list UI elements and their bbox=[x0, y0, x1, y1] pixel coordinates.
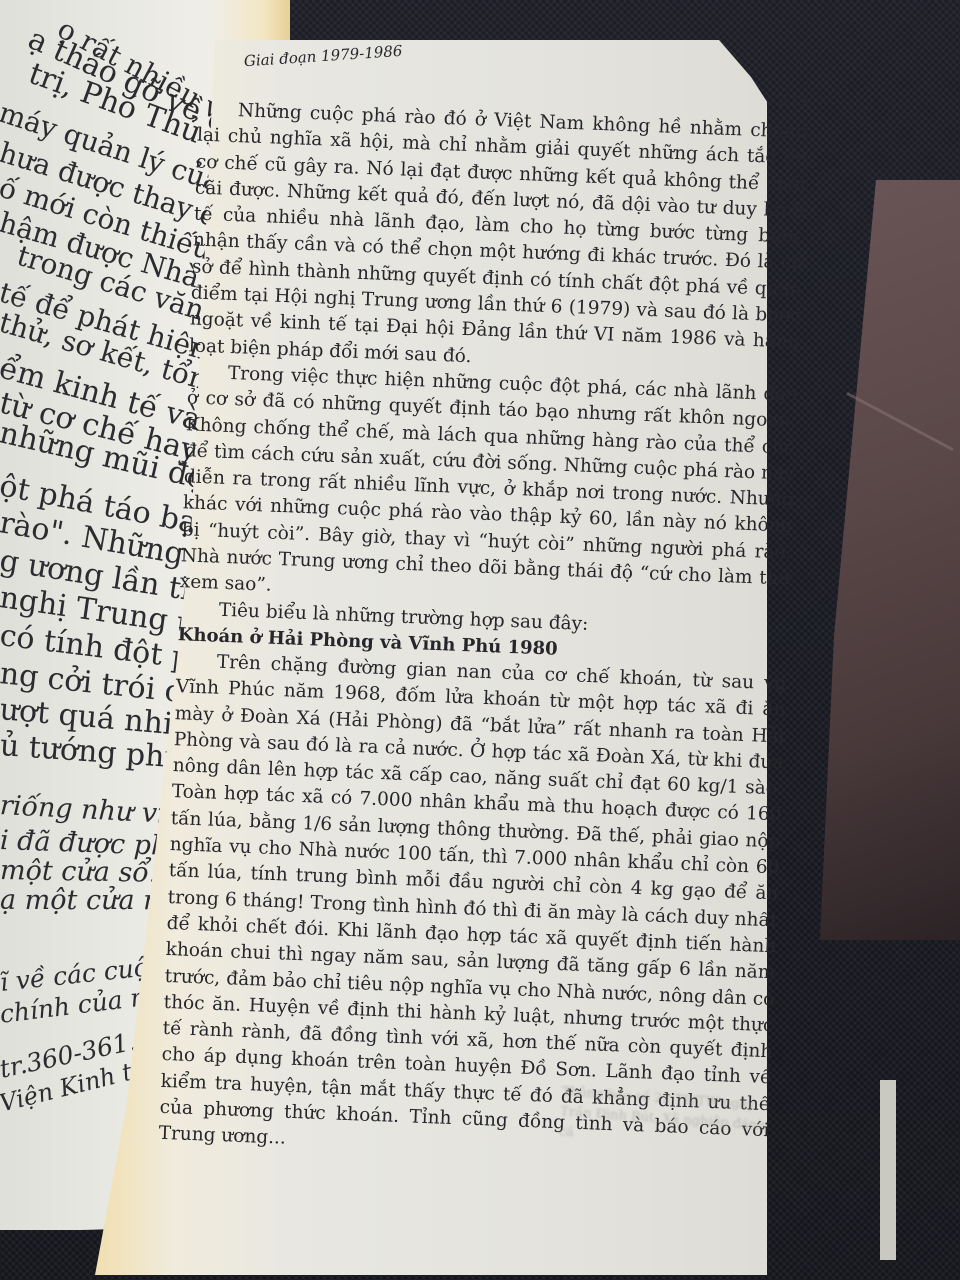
page-number: 213 bbox=[778, 91, 809, 111]
page-block-edge bbox=[880, 1080, 896, 1260]
right-page-text-block: Giai đoạn 1979-1986 213 Những cuộc phá r… bbox=[158, 47, 810, 1171]
body-text: Những cuộc phá rào đó ở Việt Nam không h… bbox=[158, 97, 808, 1171]
paragraph: Trong việc thực hiện những cuộc đột phá,… bbox=[179, 359, 798, 619]
paragraph: Những cuộc phá rào đó ở Việt Nam không h… bbox=[188, 97, 808, 383]
